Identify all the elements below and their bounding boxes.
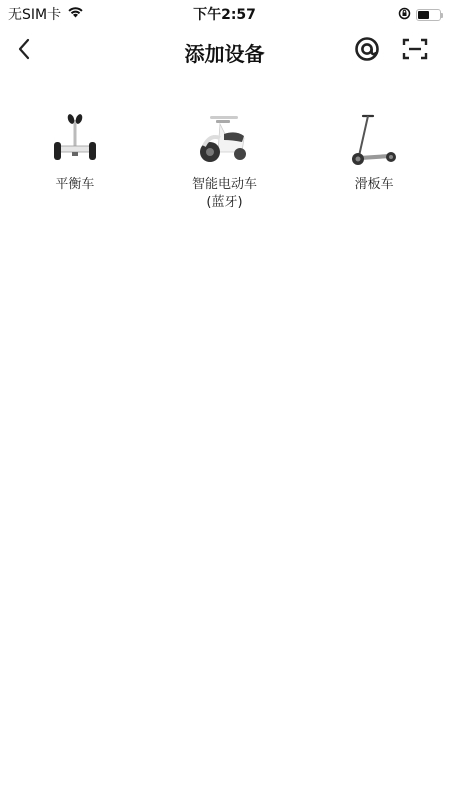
device-item-smart-ebike[interactable]: 智能电动车 (蓝牙) [150,110,300,212]
device-label-line2: (蓝牙) [192,194,257,212]
nav-bar: 添加设备 [0,26,449,76]
status-right [398,5,441,24]
orientation-lock-icon [398,5,411,24]
at-button[interactable] [352,36,382,66]
clock: 下午2:57 [0,4,449,24]
scan-icon [402,37,428,65]
device-grid: 平衡车 智能电动车 (蓝牙) [0,110,449,212]
device-item-balance-scooter[interactable]: 平衡车 [0,110,150,212]
self-balancing-scooter-icon [45,110,105,170]
device-label: 智能电动车 (蓝牙) [192,176,257,212]
scan-button[interactable] [400,36,430,66]
kick-scooter-icon [344,110,404,170]
status-bar: 无SIM卡 下午2:57 [0,0,449,26]
device-item-kick-scooter[interactable]: 滑板车 [299,110,449,212]
device-label: 滑板车 [355,176,394,194]
device-label: 平衡车 [55,176,94,194]
at-sign-icon [354,36,380,66]
battery-icon [416,9,441,21]
device-label-line1: 智能电动车 [192,176,257,194]
electric-scooter-icon [194,110,254,170]
